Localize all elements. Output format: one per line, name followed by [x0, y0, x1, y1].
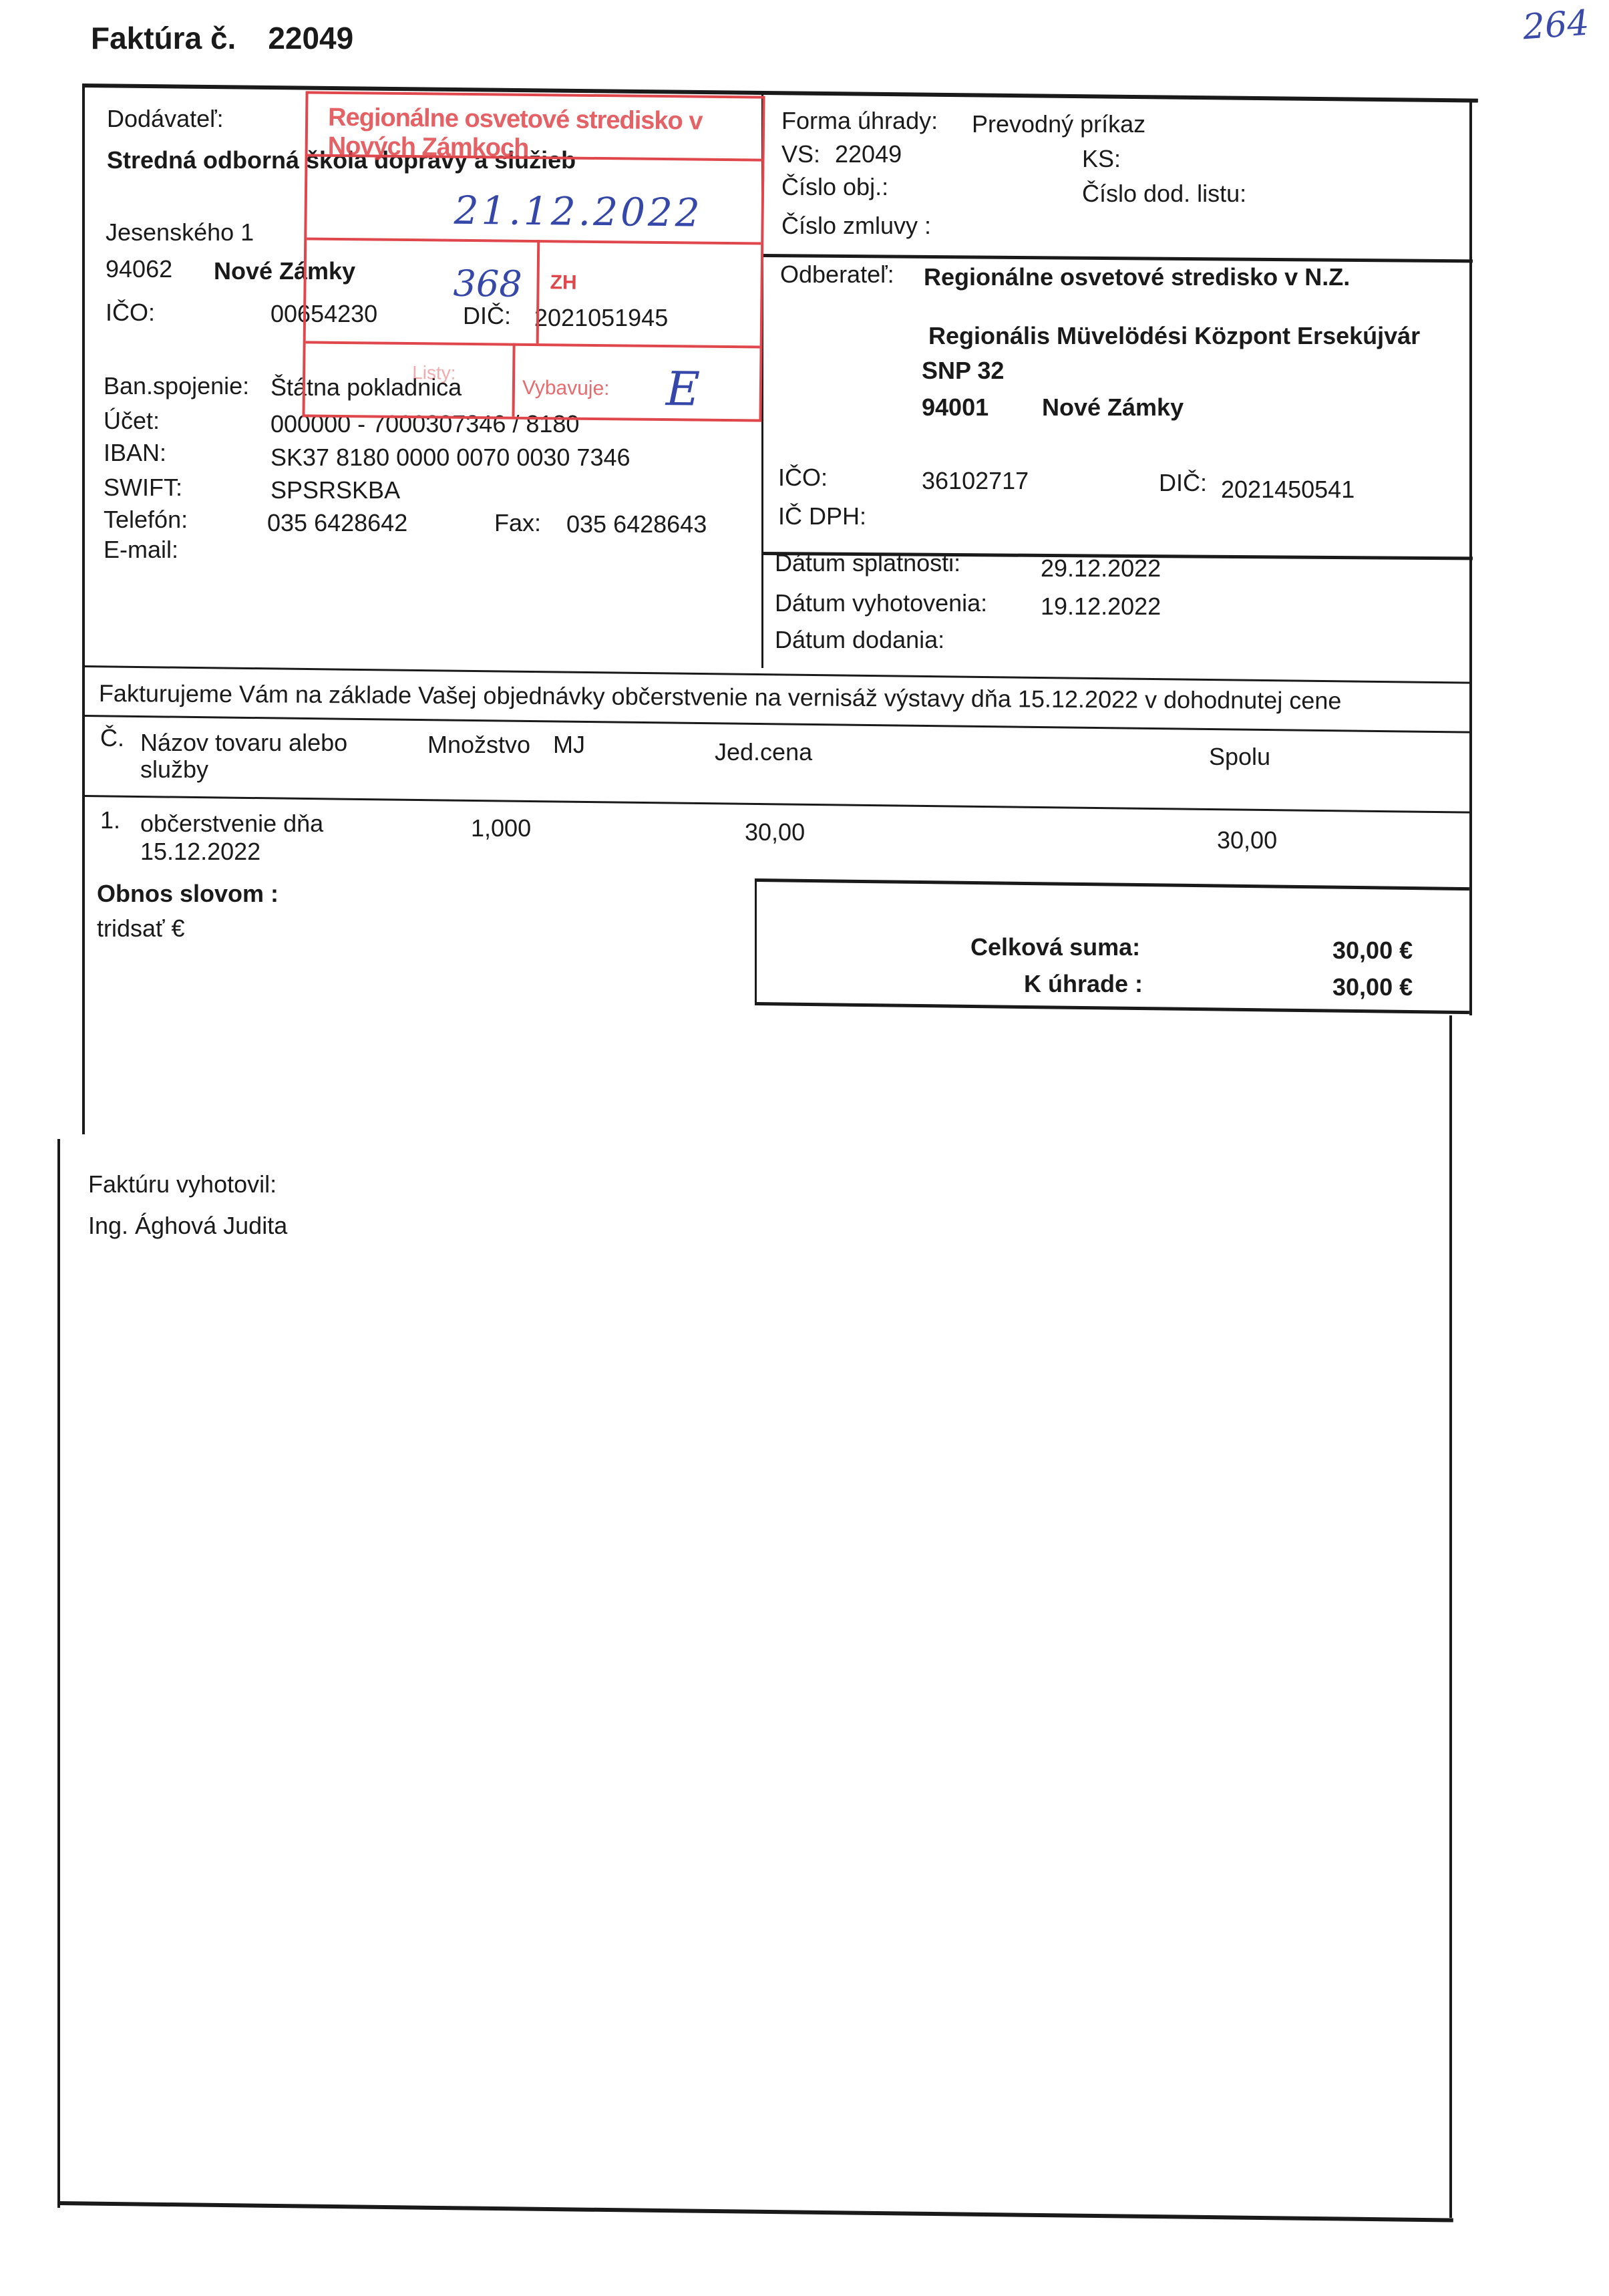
customer-zip: 94001: [922, 395, 989, 420]
payment-method-label: Forma úhrady:: [781, 109, 938, 133]
customer-city: Nové Zámky: [1042, 395, 1184, 420]
supplier-swift-label: SWIFT:: [104, 476, 182, 500]
order-no-label: Číslo obj.:: [781, 175, 888, 199]
customer-dic: 2021450541: [1221, 478, 1355, 502]
customer-icdph-label: IČ DPH:: [778, 504, 866, 528]
row-total: 30,00: [1217, 828, 1277, 852]
delivery-date-label: Dátum dodania:: [775, 628, 944, 652]
supplier-label: Dodávateľ:: [107, 107, 224, 131]
row-name-line2: 15.12.2022: [140, 838, 323, 866]
stamp-rule: [306, 341, 760, 348]
customer-name: Regionálne osvetové stredisko v N.Z.: [924, 265, 1350, 289]
issued-by-label: Faktúru vyhotovil:: [88, 1172, 277, 1196]
stamp-signature: E: [666, 361, 701, 417]
customer-label: Odberateľ:: [780, 263, 894, 287]
col-header-name-line1: Názov tovaru alebo: [140, 729, 347, 756]
supplier-iban: SK37 8180 0000 0070 0030 7346: [271, 446, 631, 470]
received-stamp: Regionálne osvetové stredisko v Nových Z…: [302, 91, 765, 422]
total-sum-label: Celková suma:: [970, 935, 1140, 959]
invoice-number: 22049: [268, 21, 353, 55]
supplier-fax: 035 6428643: [566, 512, 707, 536]
frame-left-lower: [57, 1139, 60, 2208]
stamp-received-date: 21.12.2022: [454, 188, 703, 236]
row-qty: 1,000: [471, 816, 531, 840]
delivery-note-label: Číslo dod. listu:: [1082, 182, 1246, 206]
col-header-unit: MJ: [553, 733, 585, 757]
supplier-swift: SPSRSKBA: [271, 478, 400, 502]
payment-ks-label: KS:: [1082, 147, 1121, 171]
totals-box-top: [755, 878, 1469, 890]
amount-due: 30,00 €: [1332, 975, 1413, 999]
frame-bottom: [57, 2201, 1453, 2223]
totals-box-bottom: [755, 1002, 1469, 1014]
col-header-name-line2: služby: [140, 756, 347, 783]
payment-vs-label: VS:: [781, 142, 820, 166]
supplier-street: Jesenského 1: [106, 220, 254, 244]
frame-right-lower: [1449, 1015, 1452, 2218]
total-sum: 30,00 €: [1332, 939, 1413, 963]
supplier-zip: 94062: [106, 257, 172, 281]
due-date-label: Dátum splatnosti:: [775, 551, 960, 575]
customer-ico-label: IČO:: [778, 466, 828, 490]
words-value: tridsať €: [97, 917, 185, 941]
customer-ico: 36102717: [922, 469, 1029, 493]
payment-method: Prevodný príkaz: [972, 112, 1145, 136]
row-name: občerstvenie dňa 15.12.2022: [140, 810, 323, 866]
col-header-unit-price: Jed.cena: [715, 740, 812, 764]
due-date: 29.12.2022: [1041, 556, 1161, 581]
stamp-rule: [536, 240, 540, 343]
supplier-phone-label: Telefón:: [104, 508, 188, 532]
row-name-line1: občerstvenie dňa: [140, 810, 323, 838]
row-no: 1.: [100, 808, 120, 832]
stamp-vybavuje-label: Vybavuje:: [522, 377, 610, 400]
supplier-bank-label: Ban.spojenie:: [104, 374, 249, 398]
totals-box-left: [755, 878, 757, 1005]
stamp-zh-label: ZH: [550, 271, 576, 294]
supplier-email-label: E-mail:: [104, 538, 178, 562]
invoice-description: Fakturujeme Vám na základe Vašej objedná…: [99, 681, 1342, 713]
stamp-rule: [307, 237, 761, 244]
supplier-fax-label: Fax:: [494, 511, 541, 535]
issued-date-label: Dátum vyhotovenia:: [775, 591, 987, 615]
row-unit-price: 30,00: [745, 820, 805, 844]
col-header-no: Č.: [100, 726, 124, 750]
invoice-title: Faktúra č.22049: [91, 20, 353, 56]
frame-left: [82, 86, 85, 1134]
invoice-title-label: Faktúra č.: [91, 21, 236, 55]
col-header-total: Spolu: [1209, 745, 1270, 769]
issued-date: 19.12.2022: [1041, 595, 1161, 619]
supplier-account-label: Účet:: [104, 409, 160, 433]
frame-top: [82, 84, 1478, 103]
issued-by: Ing. Ághová Judita: [88, 1214, 287, 1238]
col-header-name: Názov tovaru alebo služby: [140, 729, 347, 783]
page-annotation: 264: [1522, 3, 1590, 48]
customer-street: SNP 32: [922, 359, 1004, 383]
contract-label: Číslo zmluvy :: [781, 214, 931, 238]
supplier-iban-label: IBAN:: [104, 441, 166, 465]
col-header-qty: Množstvo: [427, 733, 530, 757]
customer-dic-label: DIČ:: [1159, 471, 1207, 495]
amount-due-label: K úhrade :: [1024, 972, 1143, 996]
stamp-reg-number: 368: [453, 263, 522, 305]
customer-name-hu: Regionális Müvelödési Központ Ersekújvár: [928, 324, 1420, 348]
words-label: Obnos slovom :: [97, 882, 279, 906]
supplier-phone: 035 6428642: [267, 511, 407, 535]
supplier-ico-label: IČO:: [106, 301, 155, 325]
stamp-listy-label: Listy:: [412, 362, 456, 384]
payment-vs: 22049: [835, 142, 902, 166]
stamp-rule: [512, 343, 515, 417]
